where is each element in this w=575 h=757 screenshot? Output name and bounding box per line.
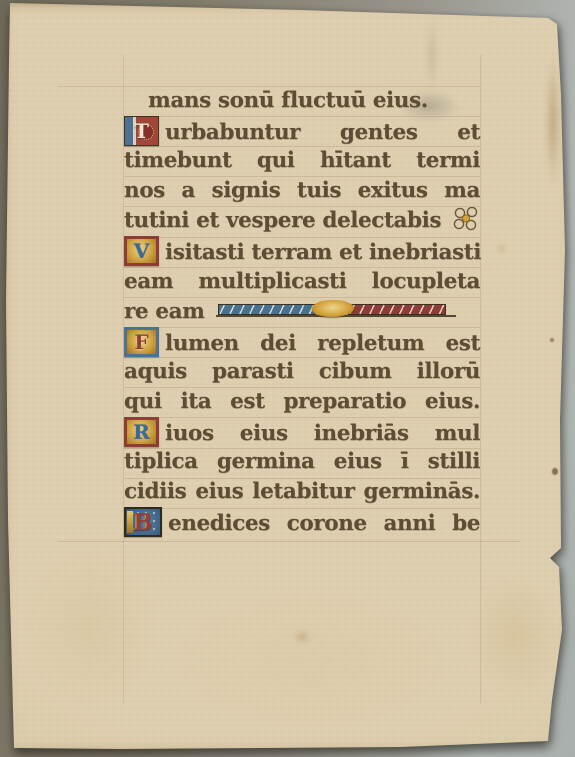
filler-maroon-segment xyxy=(348,304,446,315)
line-filler-bar xyxy=(218,304,446,315)
illuminated-initial-R: R xyxy=(124,417,159,447)
illuminated-initial-T: T xyxy=(124,116,159,146)
text-line: mans sonū fluctuū eius. xyxy=(124,86,480,116)
text-line: qui ita est preparatio eius. xyxy=(124,387,480,417)
quatrefoil-ornament xyxy=(451,207,481,231)
text-line: aquis parasti cibum illorū xyxy=(124,357,480,387)
initial-letter: F xyxy=(127,330,156,354)
line-text: isitasti terram et inebriasti xyxy=(165,240,481,265)
line-text: cidiis eius letabitur germinās. xyxy=(124,479,480,504)
parchment-mottling xyxy=(24,552,154,702)
text-line: nos a signis tuis exitus ma xyxy=(124,176,480,206)
text-line: re eam xyxy=(124,297,480,327)
manuscript-leaf-photo: mans sonū fluctuū eius. Turbabuntur gent… xyxy=(0,0,575,757)
line-text: timebunt qui hītant termi xyxy=(124,148,480,173)
line-text: aquis parasti cibum illorū xyxy=(124,359,480,384)
text-line: cidiis eius letabitur germinās. xyxy=(124,477,480,507)
illuminated-initial-B: B xyxy=(124,507,162,537)
leaf-drop-shadow: mans sonū fluctuū eius. Turbabuntur gent… xyxy=(0,0,575,757)
text-line: tiplica germina eius ī stilli xyxy=(124,447,480,477)
line-text: qui ita est preparatio eius. xyxy=(124,389,480,414)
dark-speck xyxy=(552,468,558,475)
vertical-rub-mark xyxy=(424,18,440,92)
parchment-leaf: mans sonū fluctuū eius. Turbabuntur gent… xyxy=(0,0,575,757)
parchment-mottling xyxy=(175,595,445,725)
line-text: lumen dei repletum est xyxy=(165,331,480,356)
brown-spot-stain xyxy=(293,630,311,644)
text-line: Benedices corone anni be xyxy=(124,507,480,537)
text-line: Riuos eius inebriās mul xyxy=(124,417,480,447)
text-line: eam multiplicasti locupleta xyxy=(124,267,480,297)
dark-speck xyxy=(550,338,554,342)
latin-text-block: mans sonū fluctuū eius. Turbabuntur gent… xyxy=(124,86,480,537)
initial-letter: B xyxy=(126,509,160,535)
ruling-line-vertical xyxy=(480,55,481,703)
illuminated-initial-V: V xyxy=(124,236,159,266)
line-text: eam multiplicasti locupleta xyxy=(124,269,480,294)
line-text: urbabuntur gentes et xyxy=(165,120,480,145)
line-text: mans sonū fluctuū eius. xyxy=(148,88,428,113)
text-line: timebunt qui hītant termi xyxy=(124,146,480,176)
line-text: re eam xyxy=(124,299,204,324)
line-text: nos a signis tuis exitus ma xyxy=(124,178,480,203)
edge-browning-streak xyxy=(545,58,561,186)
text-line: Turbabuntur gentes et xyxy=(124,116,480,146)
line-text: tutini et vespere delectabis xyxy=(124,208,441,233)
initial-letter: V xyxy=(127,239,156,263)
small-spot-stain xyxy=(497,244,507,253)
filler-blue-segment xyxy=(218,304,316,315)
ruling-line xyxy=(58,541,520,542)
line-text: tiplica germina eius ī stilli xyxy=(124,449,480,474)
corner-yellowing xyxy=(470,575,560,695)
text-line: Visitasti terram et inebriasti xyxy=(124,236,480,266)
line-text: enedices corone anni be xyxy=(168,511,480,536)
text-line: tutini et vespere delectabis xyxy=(124,206,480,236)
text-line: Flumen dei repletum est xyxy=(124,327,480,357)
initial-letter: R xyxy=(127,420,156,444)
line-text: iuos eius inebriās mul xyxy=(165,421,480,446)
initial-letter: T xyxy=(125,117,158,145)
illuminated-initial-F: F xyxy=(124,327,159,357)
